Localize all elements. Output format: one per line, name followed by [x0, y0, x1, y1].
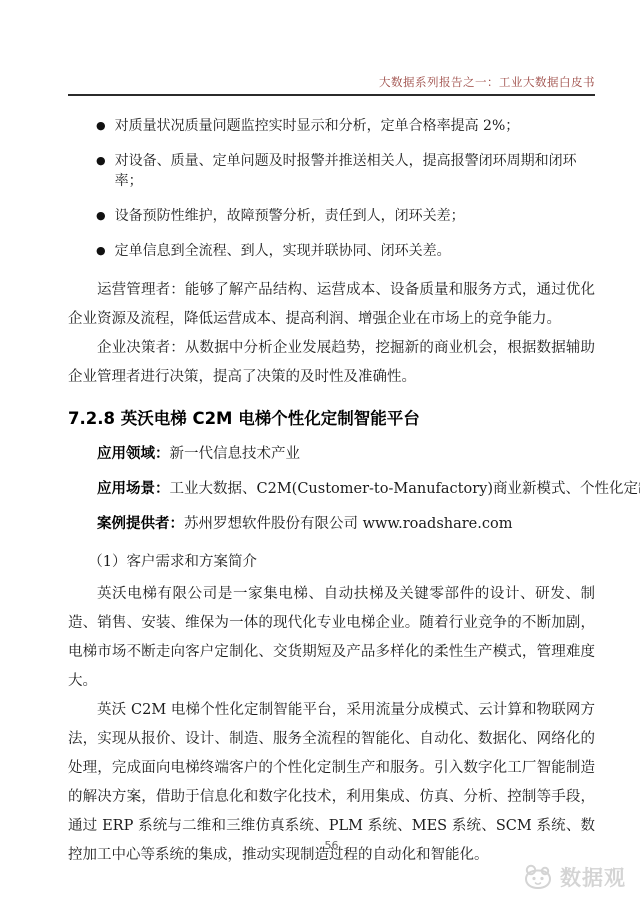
field-case-provider: 案例提供者：苏州罗想软件股份有限公司 www.roadshare.com	[68, 507, 595, 542]
field-value: 新一代信息技术产业	[170, 446, 301, 462]
page-header: 大数据系列报告之一：工业大数据白皮书	[68, 74, 595, 96]
paragraph-decision-makers: 企业决策者：从数据中分析企业发展趋势，挖掘新的商业机会，根据数据辅助企业管理者进…	[68, 334, 595, 392]
page-content: ● 对质量状况质量问题监控实时显示和分析，定单合格率提高 2%； ● 对设备、质…	[68, 108, 595, 870]
bullet-text: 设备预防性维护，故障预警分析，责任到人，闭环关差；	[115, 206, 465, 226]
page-number: 56	[68, 839, 595, 852]
panda-logo-icon	[522, 861, 554, 893]
paragraph-operators: 运营管理者：能够了解产品结构、运营成本、设备质量和服务方式，通过优化企业资源及流…	[68, 276, 595, 334]
field-application-scenario: 应用场景：工业大数据、C2M(Customer-to-Manufactory)商…	[68, 472, 595, 507]
bullet-text: 对质量状况质量问题监控实时显示和分析，定单合格率提高 2%；	[115, 116, 520, 136]
list-item: ● 设备预防性维护，故障预警分析，责任到人，闭环关差；	[96, 206, 595, 226]
field-label: 应用领域：	[97, 446, 170, 462]
field-label: 案例提供者：	[97, 516, 184, 532]
list-item: ● 对设备、质量、定单问题及时报警并推送相关人，提高报警闭环周期和闭环率；	[96, 151, 595, 191]
field-value: 工业大数据、C2M(Customer-to-Manufactory)商业新模式、…	[170, 481, 640, 497]
list-item: ● 对质量状况质量问题监控实时显示和分析，定单合格率提高 2%；	[96, 116, 595, 136]
bullet-text: 对设备、质量、定单问题及时报警并推送相关人，提高报警闭环周期和闭环率；	[115, 151, 595, 191]
bullet-icon: ●	[96, 116, 106, 136]
bullet-text: 定单信息到全流程、到人，实现并联协同、闭环关差。	[115, 241, 451, 261]
field-value: 苏州罗想软件股份有限公司 www.roadshare.com	[184, 516, 512, 532]
bullet-icon: ●	[96, 206, 106, 226]
bullet-list: ● 对质量状况质量问题监控实时显示和分析，定单合格率提高 2%； ● 对设备、质…	[68, 116, 595, 261]
field-label: 应用场景：	[97, 481, 170, 497]
running-head-title: 大数据系列报告之一：工业大数据白皮书	[68, 74, 595, 90]
section-heading: 7.2.8 英沃电梯 C2M 电梯个性化定制智能平台	[68, 405, 595, 429]
list-item: ● 定单信息到全流程、到人，实现并联协同、闭环关差。	[96, 241, 595, 261]
brand-text: 数据观	[560, 862, 626, 892]
field-application-domain: 应用领域：新一代信息技术产业	[68, 437, 595, 472]
bullet-icon: ●	[96, 151, 106, 171]
document-page: 大数据系列报告之一：工业大数据白皮书 ● 对质量状况质量问题监控实时显示和分析，…	[0, 0, 640, 905]
brand-watermark: 数据观	[522, 861, 626, 893]
body-paragraph: 英沃电梯有限公司是一家集电梯、自动扶梯及关键零部件的设计、研发、制造、销售、安装…	[68, 580, 595, 696]
bullet-icon: ●	[96, 241, 106, 261]
subsection-heading: （1）客户需求和方案简介	[68, 550, 595, 574]
